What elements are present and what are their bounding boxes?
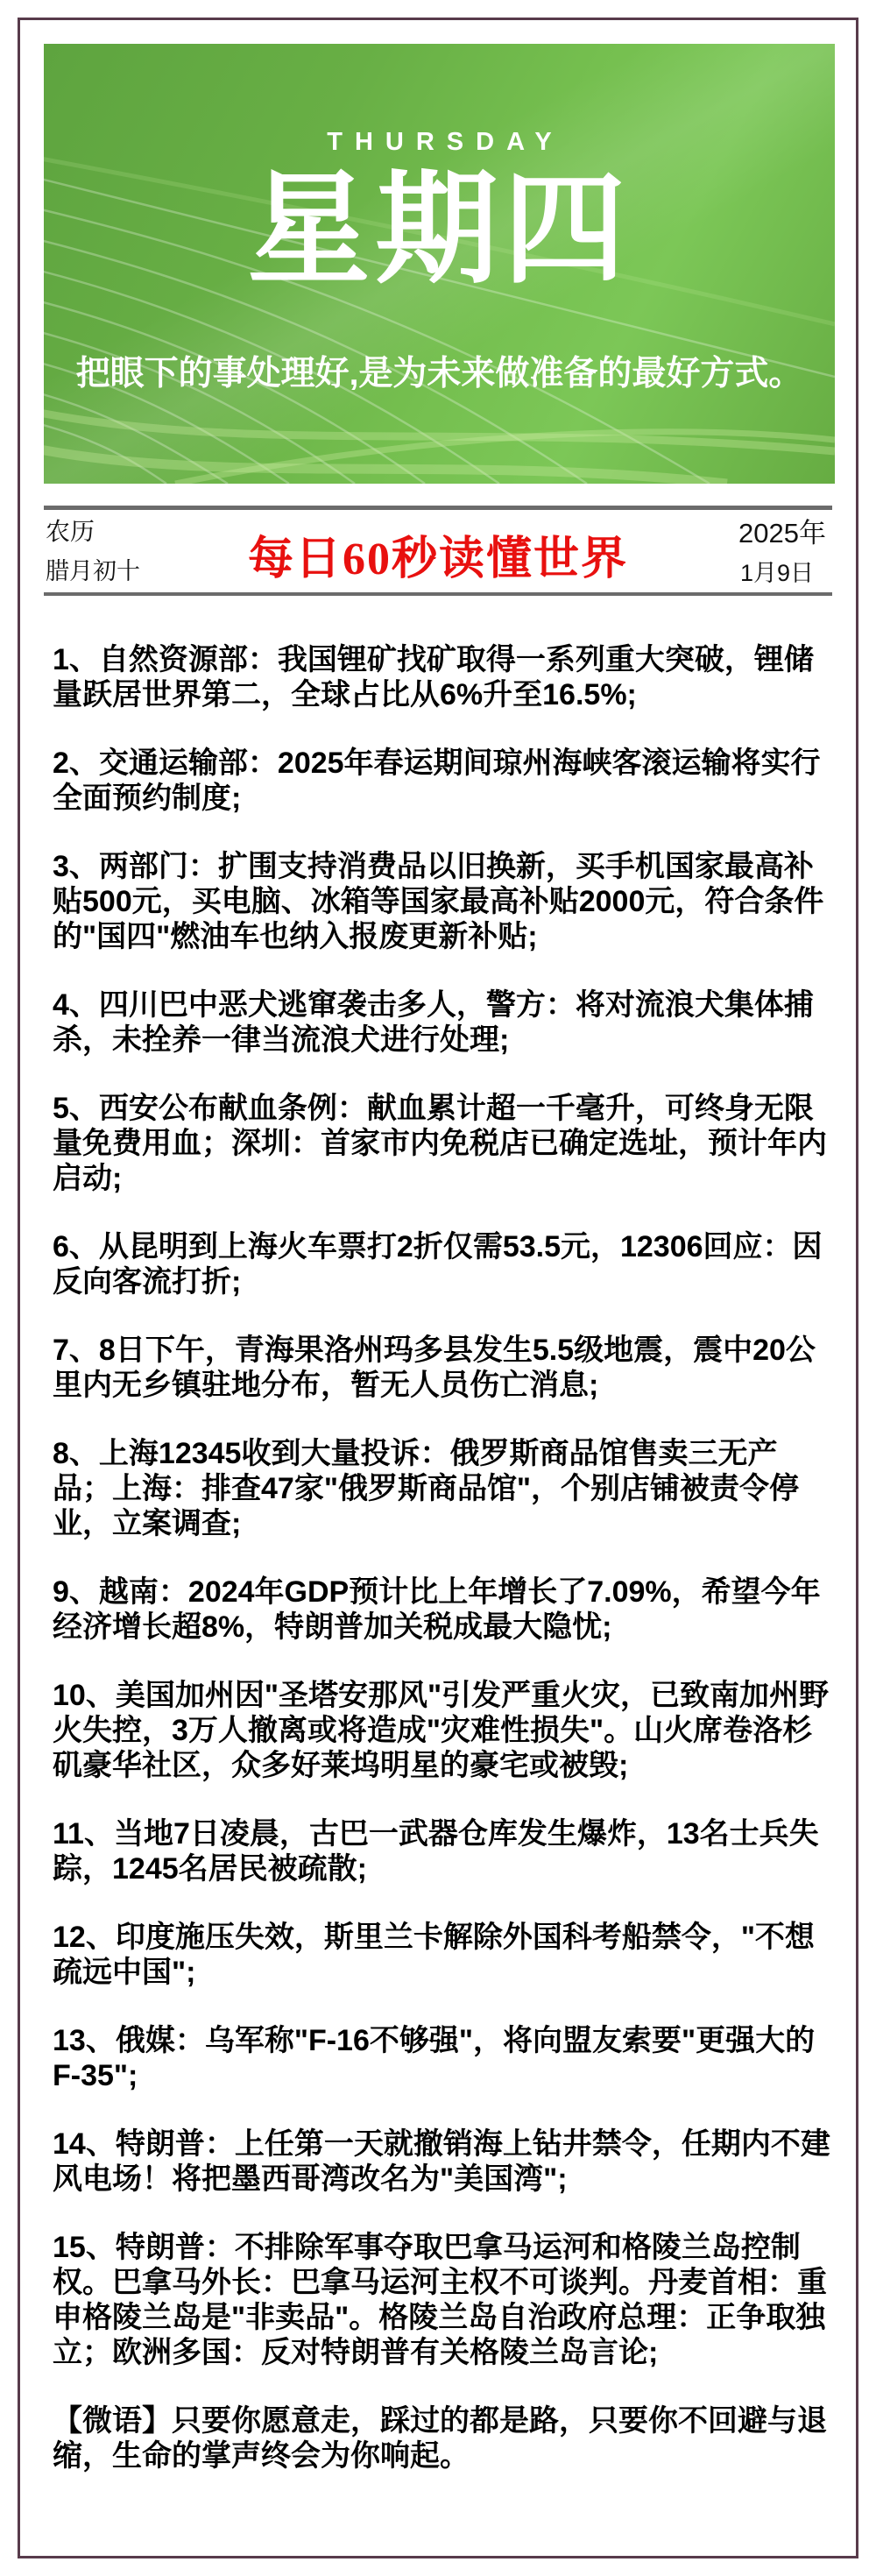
news-item-15: 15、特朗普：不排除军事夺取巴拿马运河和格陵兰岛控制权。巴拿马外长：巴拿马运河主… (53, 2230, 832, 2370)
news-item-2: 2、交通运输部：2025年春运期间琼州海峡客滚运输将实行全面预约制度; (53, 746, 832, 816)
year-label: 2025年 (738, 511, 826, 550)
news-list: 1、自然资源部：我国锂矿找矿取得一系列重大突破，锂储量跃居世界第二，全球占比从6… (53, 642, 832, 2473)
news-item-9: 9、越南：2024年GDP预计比上年增长了7.09%，希望今年经济增长超8%，特… (53, 1575, 832, 1645)
weekday-banner: THURSDAY 星期四 把眼下的事处理好,是为未来做准备的最好方式。 (44, 44, 835, 484)
news-item-5: 5、西安公布献血条例：献血累计超一千毫升，可终身无限量免费用血；深圳：首家市内免… (53, 1091, 832, 1196)
news-item-7: 7、8日下午，青海果洛州玛多县发生5.5级地震，震中20公里内无乡镇驻地分布，暂… (53, 1333, 832, 1403)
page-border: THURSDAY 星期四 把眼下的事处理好,是为未来做准备的最好方式。 农历 腊… (18, 18, 858, 2558)
news-item-4: 4、四川巴中恶犬逃窜袭击多人，警方：将对流浪犬集体捕杀，未拴养一律当流浪犬进行处… (53, 987, 832, 1058)
news-item-3: 3、两部门：扩围支持消费品以旧换新，买手机国家最高补贴500元，买电脑、冰箱等国… (53, 849, 832, 954)
weekday-zh: 星期四 (44, 172, 835, 290)
divider-bottom (44, 592, 832, 596)
daily-quote: 把眼下的事处理好,是为未来做准备的最好方式。 (44, 346, 835, 395)
brand-title: 每日60秒读懂世界 (44, 521, 832, 587)
news-item-1: 1、自然资源部：我国锂矿找矿取得一系列重大突破，锂储量跃居世界第二，全球占比从6… (53, 642, 832, 712)
news-item-10: 10、美国加州因"圣塔安那风"引发严重火灾，已致南加州野火失控，3万人撤离或将造… (53, 1678, 832, 1783)
divider-top (44, 506, 832, 510)
news-item-6: 6、从昆明到上海火车票打2折仅需53.5元，12306回应：因反向客流打折; (53, 1229, 832, 1299)
news-item-14: 14、特朗普：上任第一天就撤销海上钻井禁令，任期内不建风电场！将把墨西哥湾改名为… (53, 2127, 832, 2197)
weekday-en: THURSDAY (44, 128, 835, 157)
news-item-13: 13、俄媒：乌军称"F-16不够强"，将向盟友索要"更强大的F-35"; (53, 2023, 832, 2093)
date-label: 1月9日 (740, 554, 814, 588)
news-item-11: 11、当地7日凌晨，古巴一武器仓库发生爆炸，13名士兵失踪，1245名居民被疏散… (53, 1816, 832, 1886)
news-item-12: 12、印度施压失效，斯里兰卡解除外国科考船禁令，"不想疏远中国"; (53, 1920, 832, 1990)
footer-note: 【微语】只要你愿意走，踩过的都是路，只要你不回避与退缩，生命的掌声终会为你响起。 (53, 2403, 832, 2473)
news-item-8: 8、上海12345收到大量投诉：俄罗斯商品馆售卖三无产品；上海：排查47家"俄罗… (53, 1436, 832, 1541)
